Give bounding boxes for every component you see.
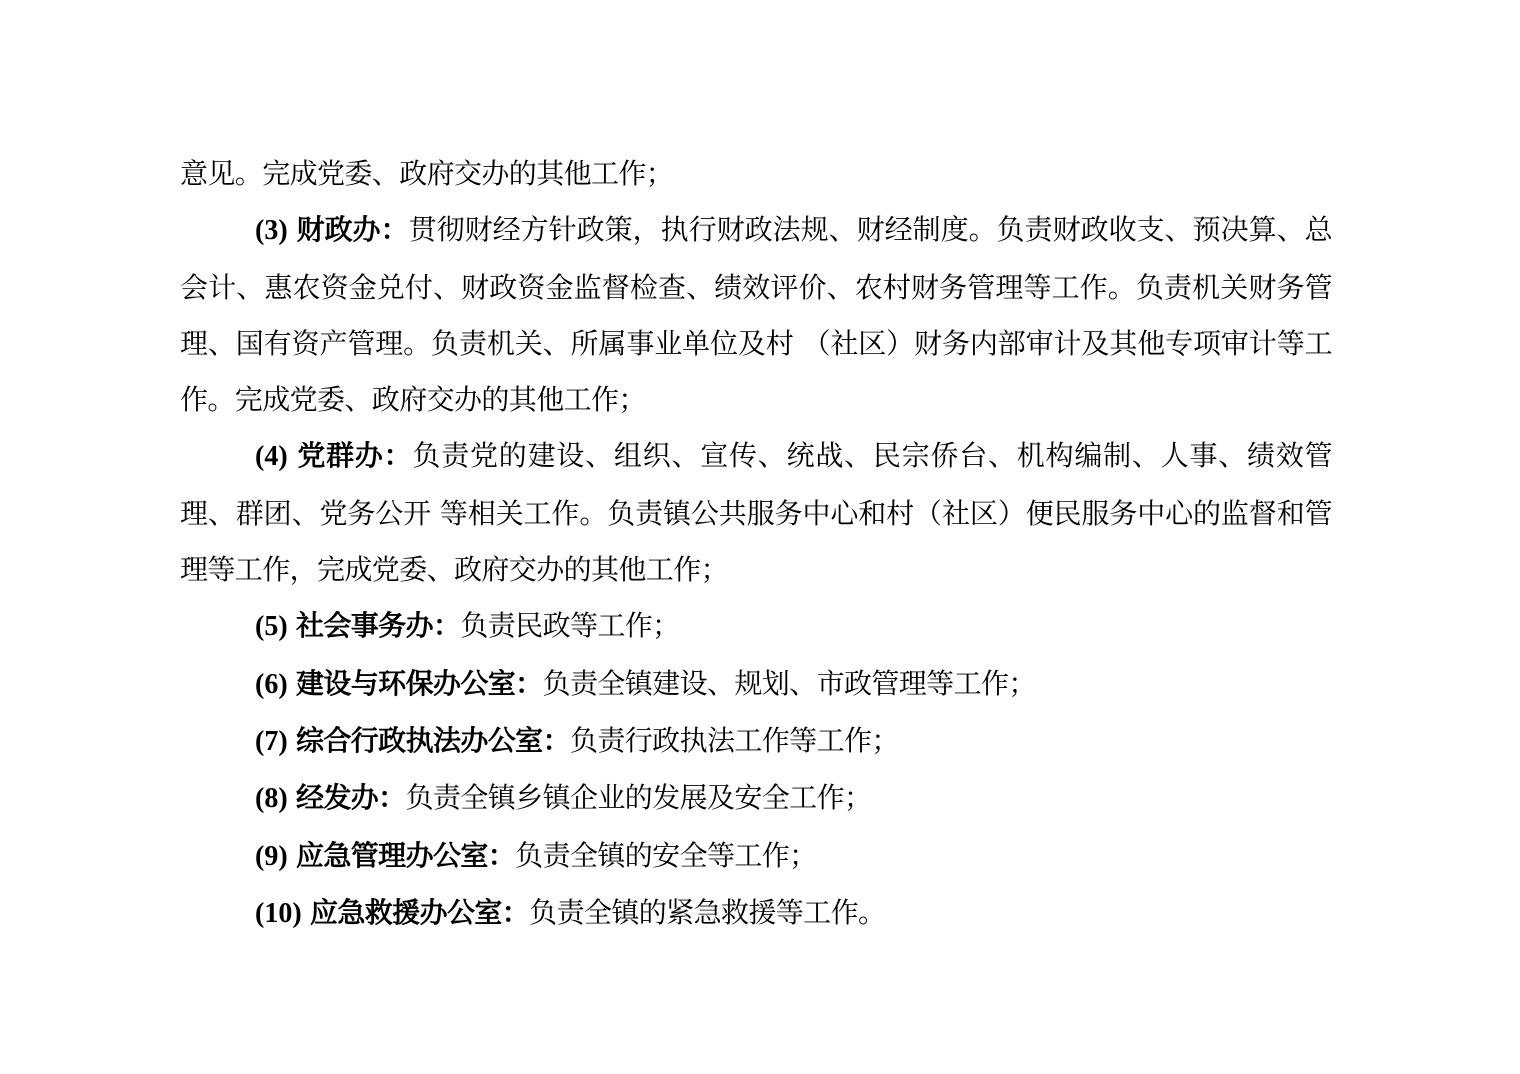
paragraph-emergency-rescue-office: (10) 应急救援办公室：负责全镇的紧急救援等工作。	[180, 885, 1332, 942]
item-title: 建设与环保办公室：	[296, 667, 543, 700]
paragraph-body: 负责行政执法工作等工作；	[570, 724, 899, 757]
item-title: 经发办：	[296, 781, 406, 814]
paragraph-body: 意见。完成党委、政府交办的其他工作；	[180, 157, 673, 190]
item-number: (6)	[255, 669, 288, 700]
item-number: (9)	[255, 841, 288, 872]
item-number: (8)	[255, 783, 288, 814]
item-number: (3)	[255, 215, 288, 246]
paragraph-body: 负责全镇的紧急救援等工作。	[529, 896, 885, 929]
paragraph-body: 负责民政等工作；	[460, 609, 679, 642]
paragraph-body: 负责全镇建设、规划、市政管理等工作；	[543, 667, 1036, 700]
item-title: 应急管理办公室：	[296, 839, 515, 872]
item-number: (5)	[255, 611, 288, 642]
item-number: (10)	[255, 898, 302, 929]
item-title: 综合行政执法办公室：	[296, 724, 570, 757]
item-number: (4)	[255, 441, 288, 472]
item-number: (7)	[255, 726, 288, 757]
paragraph-party-office: (4) 党群办：负责党的建设、组织、宣传、统战、民宗侨台、机构编制、人事、绩效管…	[180, 428, 1332, 598]
paragraph-construction-office: (6) 建设与环保办公室：负责全镇建设、规划、市政管理等工作；	[180, 656, 1332, 713]
document-page: 意见。完成党委、政府交办的其他工作； (3) 财政办：贯彻财经方针政策，执行财政…	[180, 146, 1332, 942]
paragraph-law-enforcement-office: (7) 综合行政执法办公室：负责行政执法工作等工作；	[180, 713, 1332, 770]
paragraph-continuation: 意见。完成党委、政府交办的其他工作；	[180, 146, 1332, 202]
paragraph-body: 负责全镇乡镇企业的发展及安全工作；	[406, 781, 872, 814]
paragraph-social-affairs-office: (5) 社会事务办：负责民政等工作；	[180, 598, 1332, 655]
paragraph-body: 负责全镇的安全等工作；	[515, 839, 816, 872]
item-title: 党群办：	[297, 439, 412, 472]
item-title: 社会事务办：	[296, 609, 460, 642]
item-title: 财政办：	[297, 213, 409, 246]
paragraph-emergency-management-office: (9) 应急管理办公室：负责全镇的安全等工作；	[180, 828, 1332, 885]
paragraph-economic-office: (8) 经发办：负责全镇乡镇企业的发展及安全工作；	[180, 770, 1332, 827]
item-title: 应急救援办公室：	[310, 896, 529, 929]
paragraph-finance-office: (3) 财政办：贯彻财经方针政策，执行财政法规、财经制度。负责财政收支、预决算、…	[180, 202, 1332, 428]
